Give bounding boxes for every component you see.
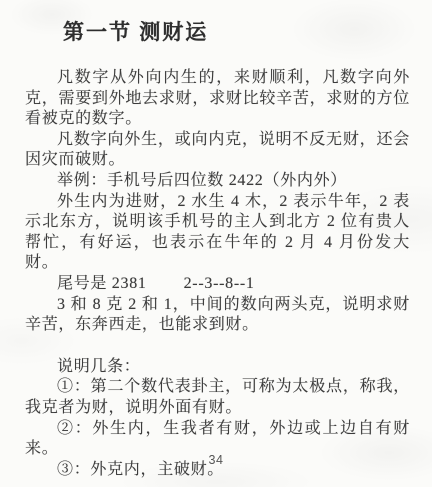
paragraph-inward-generation: 凡数字从外向内生的，来财顺利，凡数字向外克，需要到外地去求财，求财比较辛苦，求财… (25, 68, 410, 130)
paragraph-example-2422: 举例：手机号后四位数 2422（外内外） (25, 171, 410, 192)
paragraph-tail-analysis: 3 和 8 克 2 和 1，中间的数向两头克，说明求财辛苦，东奔西走，也能求到财… (25, 295, 410, 336)
notes-heading: 说明几条： (25, 357, 410, 378)
tail-number-prefix: 尾号是 2381 (57, 275, 147, 292)
note-item-1: ①：第二个数代表卦主，可称为太极点，称我，我克者为财，说明外面有财。 (25, 377, 410, 418)
page-number: 34 (0, 453, 432, 467)
tail-number-line: 尾号是 23812--3--8--1 (25, 274, 410, 295)
paragraph-outward-generation: 凡数字向外生，或向内克，说明不反无财，还会因灾而破财。 (25, 130, 410, 171)
tail-number-sequence: 2--3--8--1 (184, 275, 255, 292)
section-title: 第一节 测财运 (63, 18, 410, 46)
paragraph-example-analysis: 外生内为进财，2 水生 4 木，2 表示牛年，2 表示北东方，说明该手机号的主人… (25, 192, 410, 274)
document-page: 第一节 测财运 凡数字从外向内生的，来财顺利，凡数字向外克，需要到外地去求财，求… (0, 0, 432, 487)
